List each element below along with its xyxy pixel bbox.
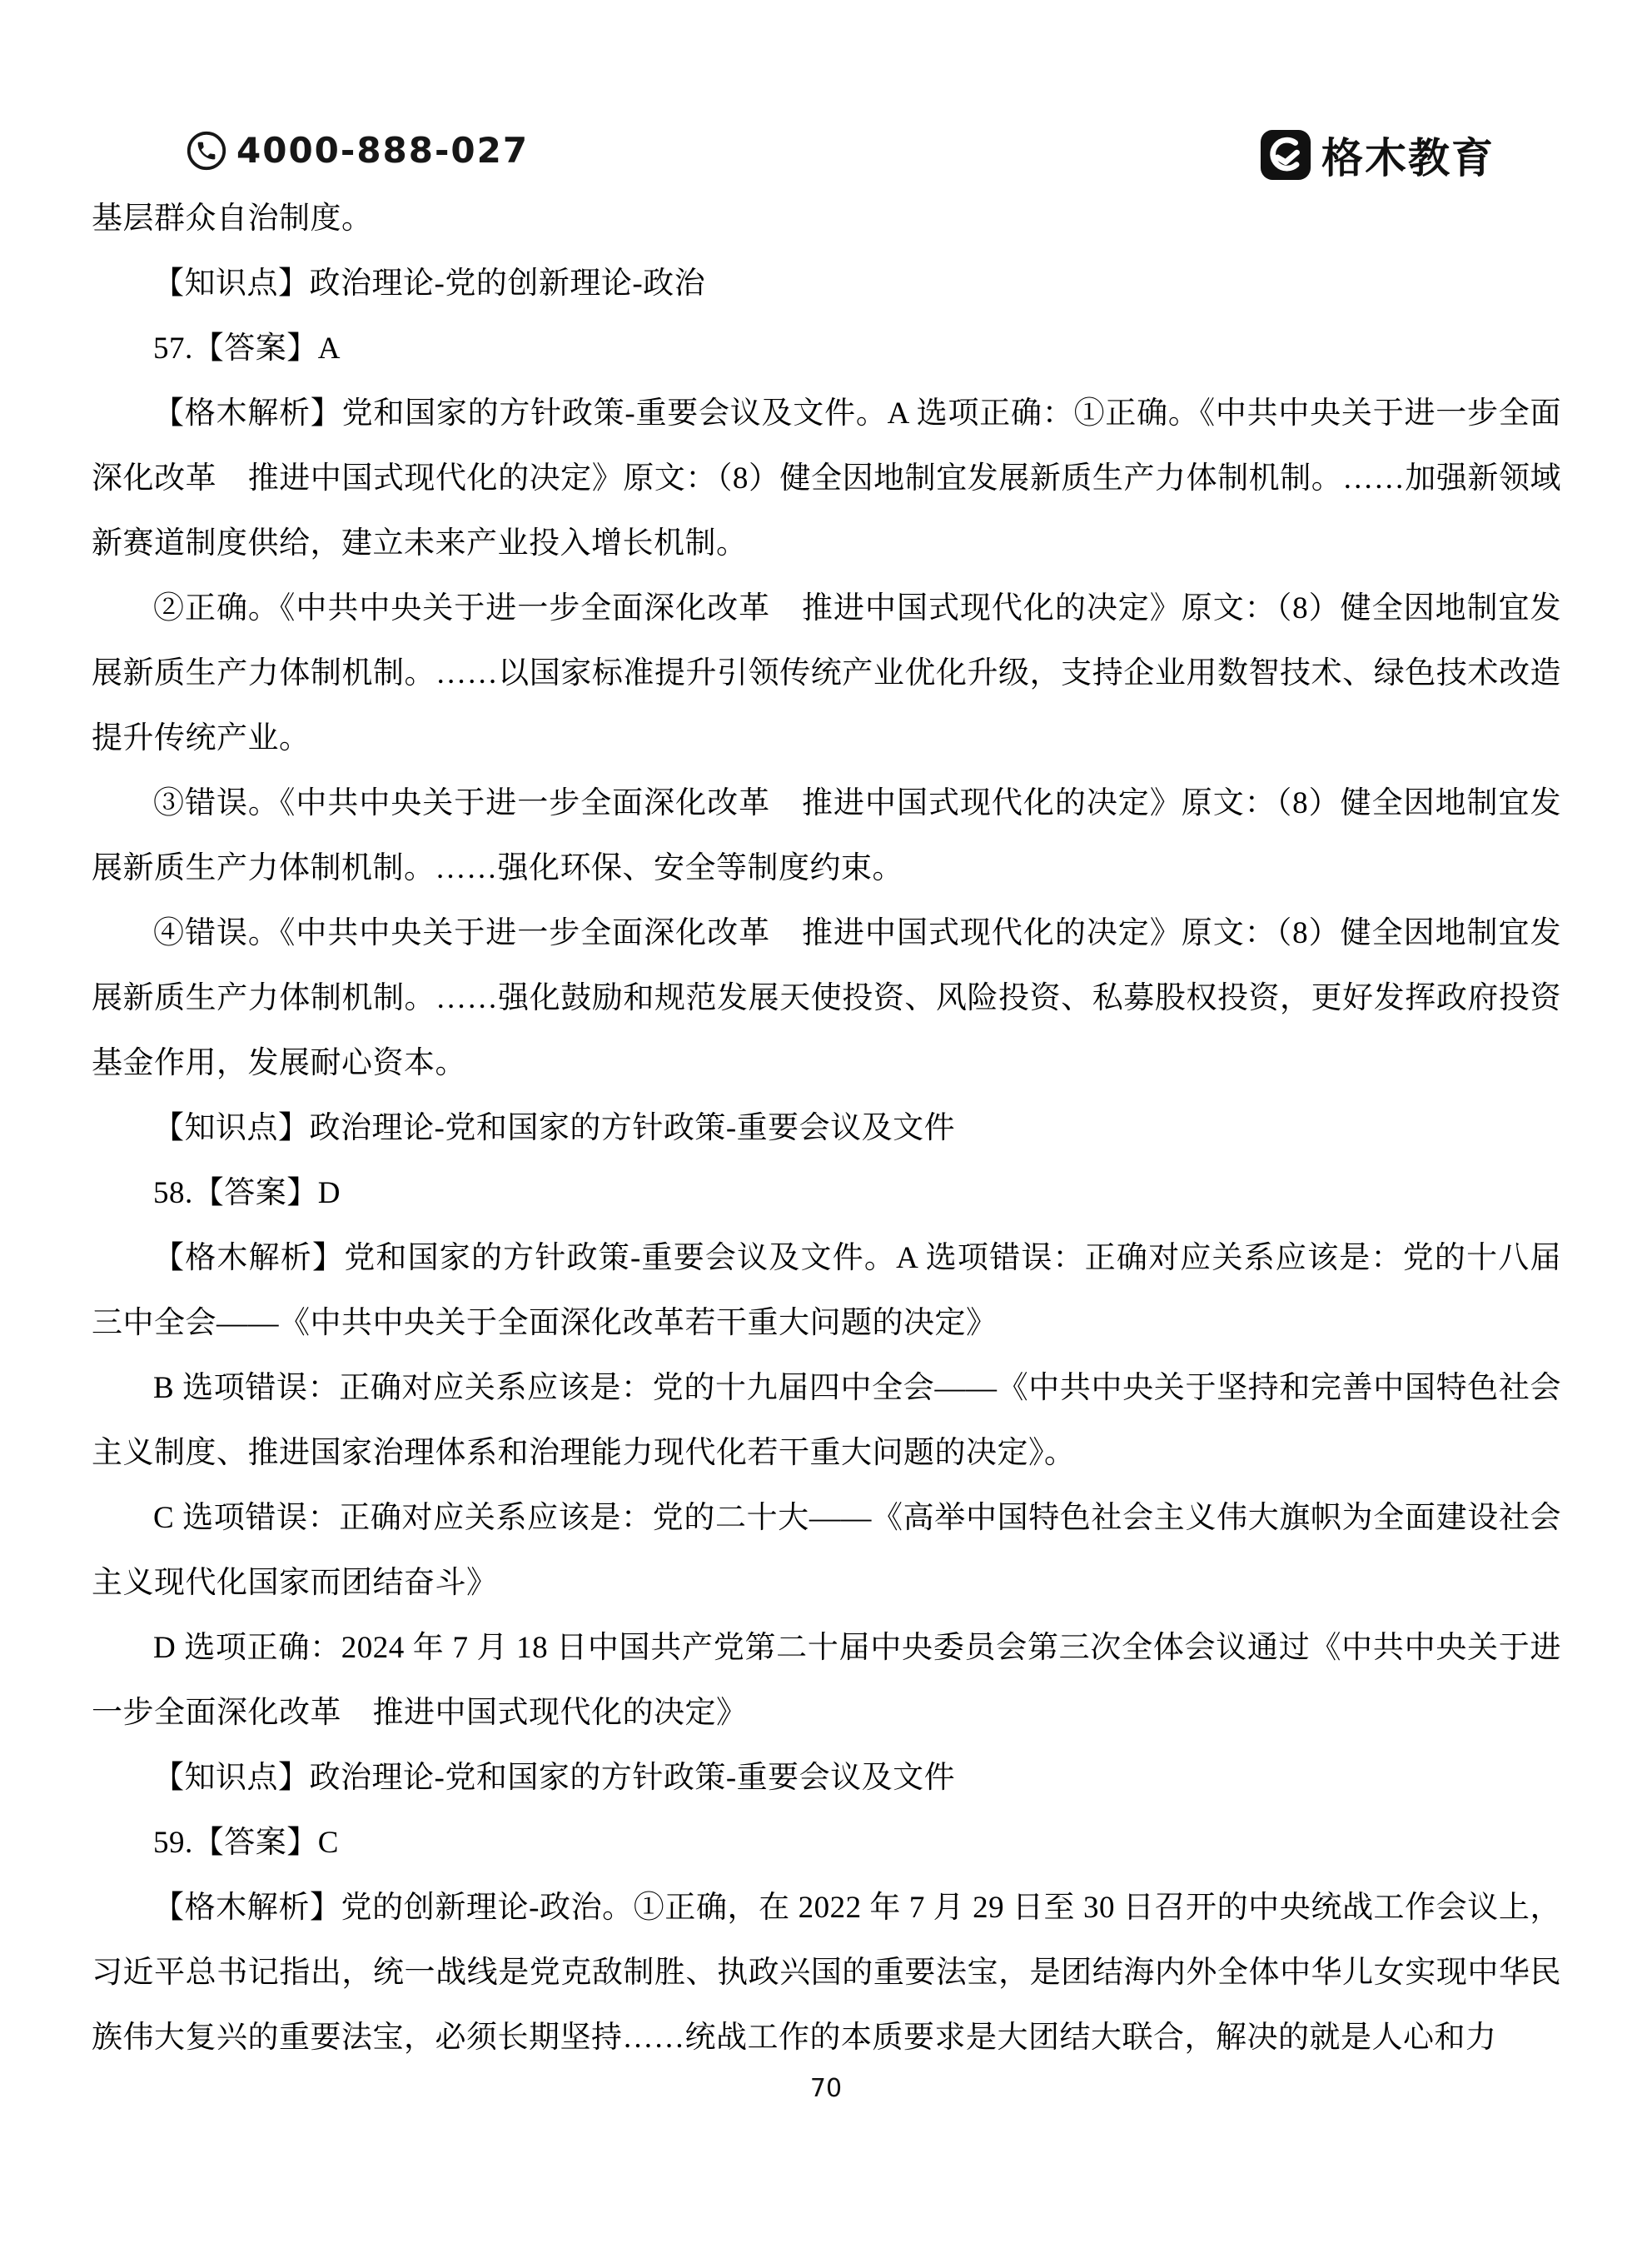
brand-logo-icon xyxy=(1260,129,1311,181)
paragraph: 59.【答案】C xyxy=(92,1811,1561,1876)
paragraph: 57.【答案】A xyxy=(92,317,1561,381)
paragraph: ③错误。《中共中央关于进一步全面深化改革 推进中国式现代化的决定》原文：（8）健… xyxy=(92,771,1561,901)
paragraph: 【知识点】政治理论-党的创新理论-政治 xyxy=(92,252,1561,317)
paragraph: 【格木解析】党和国家的方针政策-重要会议及文件。A 选项错误：正确对应关系应该是… xyxy=(92,1226,1561,1356)
paragraph: B 选项错误：正确对应关系应该是：党的十九届四中全会——《中共中央关于坚持和完善… xyxy=(92,1356,1561,1486)
paragraph: 【格木解析】党和国家的方针政策-重要会议及文件。A 选项正确：①正确。《中共中央… xyxy=(92,381,1561,576)
paragraph: ②正确。《中共中央关于进一步全面深化改革 推进中国式现代化的决定》原文：（8）健… xyxy=(92,576,1561,771)
phone-icon xyxy=(187,131,226,171)
paragraph: D 选项正确：2024 年 7 月 18 日中国共产党第二十届中央委员会第三次全… xyxy=(92,1616,1561,1746)
document-page: 4000-888-027 格木教育 基层群众自治制度。【知识点】政治理论-党的创… xyxy=(0,0,1652,2243)
phone-number: 4000-888-027 xyxy=(236,130,529,171)
brand-name: 格木教育 xyxy=(1321,125,1495,185)
paragraph: ④错误。《中共中央关于进一步全面深化改革 推进中国式现代化的决定》原文：（8）健… xyxy=(92,901,1561,1096)
paragraph: 【格木解析】党的创新理论-政治。①正确，在 2022 年 7 月 29 日至 3… xyxy=(92,1876,1561,2071)
paragraph: C 选项错误：正确对应关系应该是：党的二十大——《高举中国特色社会主义伟大旗帜为… xyxy=(92,1486,1561,1616)
answer-explanations-body: 基层群众自治制度。【知识点】政治理论-党的创新理论-政治57.【答案】A【格木解… xyxy=(92,187,1561,2071)
paragraph: 基层群众自治制度。 xyxy=(92,187,1561,252)
paragraph: 58.【答案】D xyxy=(92,1161,1561,1226)
page-number: 70 xyxy=(0,2074,1652,2103)
paragraph: 【知识点】政治理论-党和国家的方针政策-重要会议及文件 xyxy=(92,1096,1561,1161)
paragraph: 【知识点】政治理论-党和国家的方针政策-重要会议及文件 xyxy=(92,1746,1561,1811)
contact-phone: 4000-888-027 xyxy=(187,130,529,171)
brand-logo: 格木教育 xyxy=(1260,125,1495,185)
